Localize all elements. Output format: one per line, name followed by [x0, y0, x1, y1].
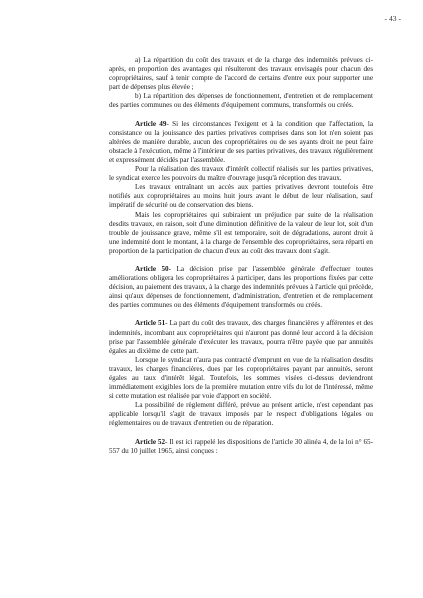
- article-49: Article 49- Si les circonstances l'exige…: [109, 120, 373, 165]
- document-page: - 43 - a) La répartition du coût des tra…: [0, 0, 423, 598]
- article-49-heading: Article 49: [135, 120, 166, 128]
- article-49-paragraph-2: Pour la réalisation des travaux d'intérê…: [109, 165, 373, 183]
- article-51-paragraph-2: Lorsque le syndicat n'aura pas contracté…: [109, 356, 373, 401]
- article-50-heading: Article 50: [135, 265, 169, 273]
- paragraph-b: b) La répartition des dépenses de foncti…: [109, 92, 373, 110]
- article-50: Article 50- La décision prise par l'asse…: [109, 265, 373, 310]
- article-49-paragraph-3: Les travaux entraînant un accès aux part…: [109, 183, 373, 210]
- document-body: a) La répartition du coût des travaux et…: [109, 56, 373, 456]
- paragraph-a: a) La répartition du coût des travaux et…: [109, 56, 373, 92]
- article-51: Article 51- La part du coût des travaux,…: [109, 319, 373, 355]
- article-51-paragraph-3: La possibilité de règlement différé, pré…: [109, 401, 373, 428]
- article-52: Article 52- Il est ici rappelé les dispo…: [109, 438, 373, 456]
- article-49-paragraph-4: Mais les copropriétaires qui subiraient …: [109, 211, 373, 256]
- page-number: - 43 -: [385, 14, 401, 23]
- article-52-heading: Article 52: [135, 438, 165, 446]
- article-51-heading: Article 51: [135, 319, 165, 327]
